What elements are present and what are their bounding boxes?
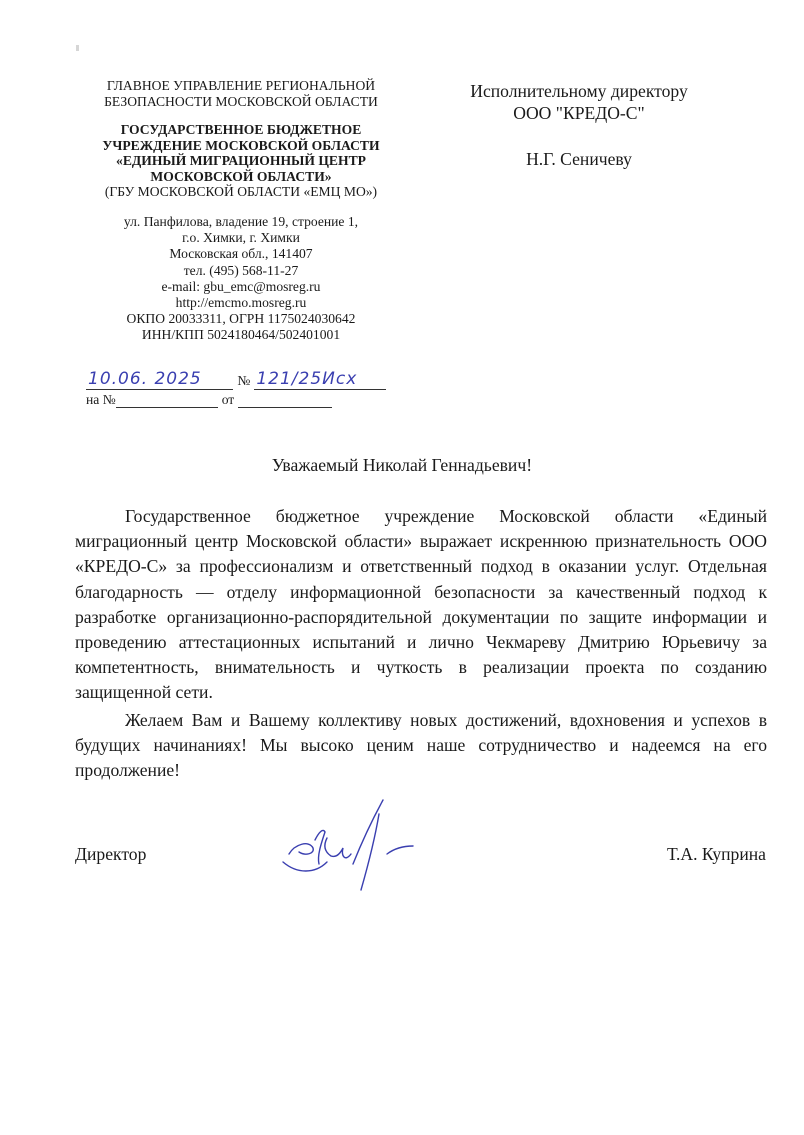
addressee-position: Исполнительному директору: [444, 80, 714, 102]
reply-to-label: на №: [86, 392, 116, 408]
reply-to-number-field: [116, 394, 218, 408]
address-line: Московская обл., 141407: [82, 246, 400, 262]
registration-block: 10.06. 2025 № 121/25Исх на № от: [86, 368, 386, 408]
letterhead: ГЛАВНОЕ УПРАВЛЕНИЕ РЕГИОНАЛЬНОЙ БЕЗОПАСН…: [82, 78, 400, 344]
signatory-name: Т.А. Куприна: [667, 844, 766, 865]
okpo-ogrn: ОКПО 20033311, ОГРН 1175024030642: [82, 311, 400, 327]
body-paragraph: Желаем Вам и Вашему коллективу новых дос…: [75, 708, 767, 784]
handwritten-signature-icon: [275, 792, 415, 892]
from-label: от: [222, 392, 235, 408]
website: http://emcmo.mosreg.ru: [82, 295, 400, 311]
contact-details: ул. Панфилова, владение 19, строение 1, …: [82, 214, 400, 344]
ministry-line: ГЛАВНОЕ УПРАВЛЕНИЕ РЕГИОНАЛЬНОЙ: [82, 78, 400, 94]
greeting: Уважаемый Николай Геннадьевич!: [0, 455, 804, 476]
outgoing-date: 10.06. 2025: [86, 369, 233, 390]
number-label: №: [237, 373, 250, 389]
signatory-title: Директор: [75, 844, 146, 865]
organization-line: «ЕДИНЫЙ МИГРАЦИОННЫЙ ЦЕНТР: [82, 153, 400, 169]
outgoing-number: 121/25Исх: [254, 369, 386, 390]
reply-to-date-field: [238, 394, 332, 408]
organization-line: ГОСУДАРСТВЕННОЕ БЮДЖЕТНОЕ: [82, 122, 400, 138]
letter-body: Государственное бюджетное учреждение Мос…: [75, 504, 767, 783]
addressee-company: ООО "КРЕДО-С": [444, 102, 714, 124]
organization-name: ГОСУДАРСТВЕННОЕ БЮДЖЕТНОЕ УЧРЕЖДЕНИЕ МОС…: [82, 122, 400, 184]
letter-page: ГЛАВНОЕ УПРАВЛЕНИЕ РЕГИОНАЛЬНОЙ БЕЗОПАСН…: [0, 0, 804, 1135]
address-line: ул. Панфилова, владение 19, строение 1,: [82, 214, 400, 230]
organization-short-name: (ГБУ МОСКОВСКОЙ ОБЛАСТИ «ЕМЦ МО»): [82, 184, 400, 200]
inn-kpp: ИНН/КПП 5024180464/502401001: [82, 327, 400, 343]
ministry-name: ГЛАВНОЕ УПРАВЛЕНИЕ РЕГИОНАЛЬНОЙ БЕЗОПАСН…: [82, 78, 400, 110]
email: e-mail: gbu_emc@mosreg.ru: [82, 279, 400, 295]
addressee-name: Н.Г. Сеничеву: [444, 148, 714, 170]
phone: тел. (495) 568-11-27: [82, 263, 400, 279]
address-line: г.о. Химки, г. Химки: [82, 230, 400, 246]
scan-artifact: [76, 45, 79, 51]
addressee-block: Исполнительному директору ООО "КРЕДО-С" …: [444, 80, 714, 170]
organization-line: УЧРЕЖДЕНИЕ МОСКОВСКОЙ ОБЛАСТИ: [82, 138, 400, 154]
body-paragraph: Государственное бюджетное учреждение Мос…: [75, 504, 767, 706]
organization-line: МОСКОВСКОЙ ОБЛАСТИ»: [82, 169, 400, 185]
ministry-line: БЕЗОПАСНОСТИ МОСКОВСКОЙ ОБЛАСТИ: [82, 94, 400, 110]
